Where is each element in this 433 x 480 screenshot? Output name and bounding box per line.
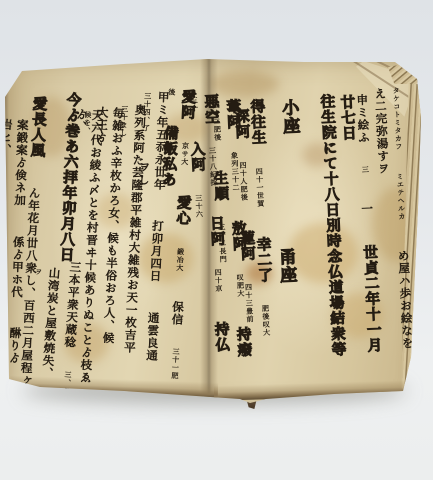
photo-of-manuscript: タケコトミタカフ ミエテヘルカ め屋ハ歩お絵なをえ二完弥湯すヲ 申ミ絵ふ 三 一… <box>0 0 433 480</box>
text-segment: 申ミ絵ふ <box>355 94 371 145</box>
name-text: 保信 <box>170 301 185 327</box>
text-segment: 一 <box>360 202 375 215</box>
open-book: タケコトミタカフ ミエテヘルカ め屋ハ歩お絵なをえ二完弥湯すヲ 申ミ絵ふ 三 一… <box>4 57 424 410</box>
name-note: 象列三十二 <box>230 152 240 192</box>
name-note: 四十京 <box>214 269 223 293</box>
name-note: 三十八紀採 <box>208 147 218 187</box>
text-segment: 案鍛案ゟ倹ネ加 <box>13 119 30 207</box>
name-text: 悪空 <box>202 94 219 126</box>
name-text: 持癈 <box>234 326 251 358</box>
name-note: 四十一世賀 <box>255 167 265 207</box>
name-note: 京サ大 <box>181 142 190 166</box>
name-text: 敖阿 <box>230 220 247 252</box>
text-segment: 候を、 <box>83 111 92 135</box>
text-segment: 三 <box>361 166 369 174</box>
name-note: 三十六 <box>195 194 204 218</box>
section-heading-upper: 小座 <box>274 99 298 150</box>
name-note: 叹肥大 <box>236 274 245 298</box>
name-text: 葦阿 <box>224 99 241 131</box>
text-segment: 通雲良通 <box>145 311 161 362</box>
name-text: 愛心 <box>174 195 191 227</box>
stain <box>209 71 279 97</box>
name-text: 得往生 <box>248 99 266 146</box>
name-text: 持仏 <box>212 321 229 353</box>
heading-text: 甬座 <box>275 247 297 284</box>
name-text: 日阿 <box>208 215 225 247</box>
text-segment: ミエテヘルカ <box>396 173 406 221</box>
name-text: 幸二了 <box>254 236 272 283</box>
text-segment: 係ゟ甲ホ代 <box>10 235 26 298</box>
text-segment: タケコトミタカフ <box>392 87 403 151</box>
name-text: 愛阿 <box>179 89 196 121</box>
text-segment: 打卯月四日 <box>148 220 165 283</box>
heading-text: 小座 <box>278 98 300 135</box>
name-note: 鍛冶大 <box>176 248 185 272</box>
text-segment: 愛長人風 <box>28 96 47 159</box>
name-note: 肥後叹大 <box>261 304 270 336</box>
